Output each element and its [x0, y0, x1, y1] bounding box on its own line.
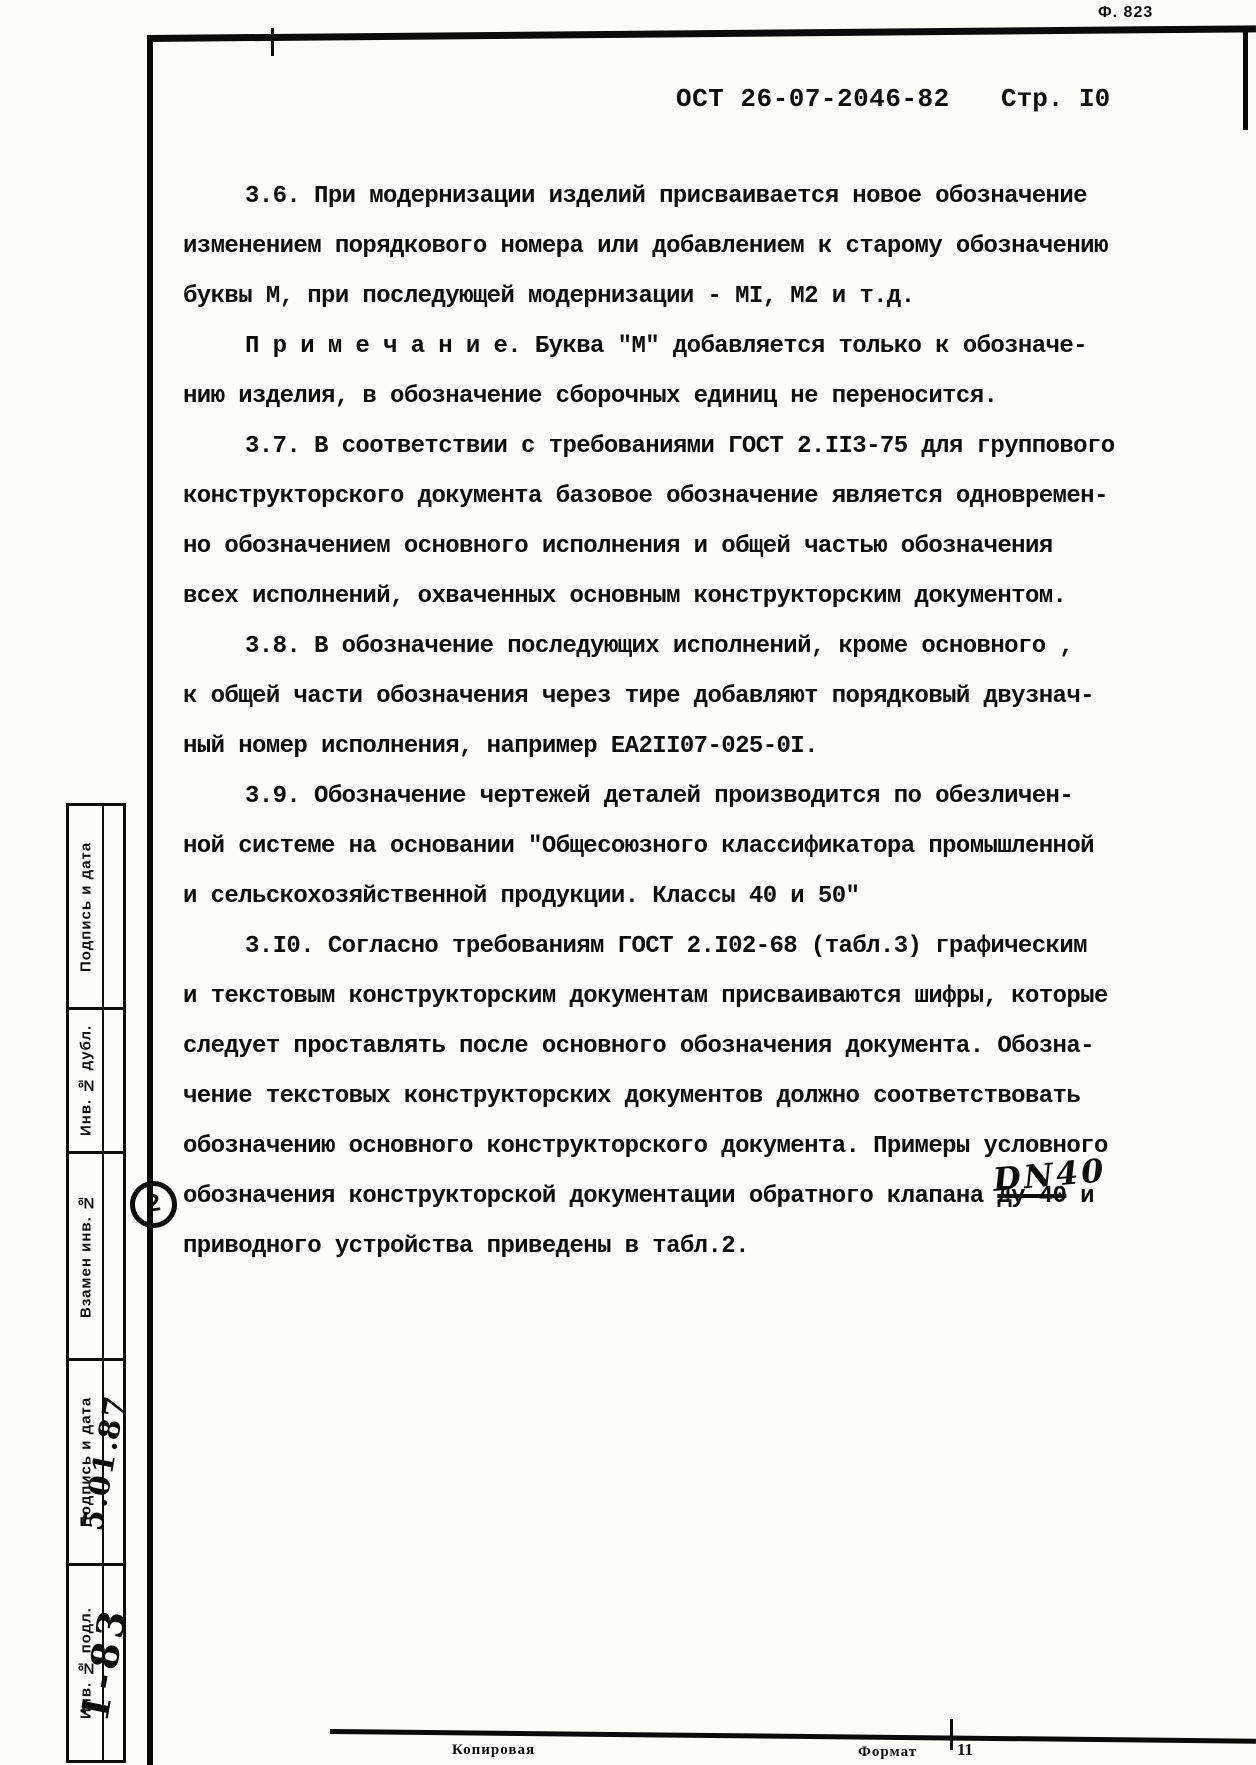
frame-left-border — [147, 36, 153, 1765]
footer-format-value: 11 — [957, 1740, 973, 1760]
text-line: обозначению основного конструкторского д… — [183, 1122, 1128, 1172]
frame-right-border — [1243, 28, 1248, 130]
margin-cell-signature-date-2: Подпись и дата 5.01.87 — [69, 1361, 123, 1566]
text-line: чение текстовых конструкторских документ… — [183, 1072, 1128, 1122]
text-line: 3.9. Обозначение чертежей деталей произв… — [183, 772, 1128, 822]
footer-format-label: Формат — [858, 1744, 917, 1761]
header-standard-number: ОСТ 26-07-2046-82 — [676, 84, 950, 114]
margin-cell-inv-orig: Инв. № подл. 1-83 — [69, 1566, 123, 1760]
text-line: ный номер исполнения, например ЕА2II07-0… — [183, 722, 1128, 772]
text-line-with-correction: обозначения конструкторской документации… — [183, 1172, 1128, 1222]
text-line: 3.8. В обозначение последующих исполнени… — [183, 622, 1128, 672]
text-line: конструкторского документа базовое обозн… — [183, 472, 1128, 522]
text-line: и текстовым конструкторским документам п… — [183, 972, 1128, 1022]
revision-mark-number: 2 — [144, 1189, 163, 1220]
scanned-document-page: Ф. 823 ОСТ 26-07-2046-82 Стр. I0 3.6. Пр… — [0, 0, 1256, 1765]
text-line: буквы М, при последующей модернизации - … — [183, 272, 1128, 322]
frame-top-border — [147, 25, 1256, 42]
revision-mark: 2 — [127, 1178, 180, 1231]
text-line: 3.6. При модернизации изделий присваивае… — [183, 172, 1128, 222]
text-line: ной системе на основании "Общесоюзного к… — [183, 822, 1128, 872]
margin-table: Подпись и дата Инв. № дубл. Взамен инв. … — [66, 803, 126, 1763]
text-line: приводного устройства приведены в табл.2… — [183, 1222, 1128, 1272]
text-line: 3.I0. Согласно требованиям ГОСТ 2.I02-68… — [183, 922, 1128, 972]
margin-cell-signature-date: Подпись и дата — [69, 806, 123, 1010]
margin-cell-label: Подпись и дата — [71, 806, 101, 1007]
text-line: следует проставлять после основного обоз… — [183, 1022, 1128, 1072]
text-line: и сельскохозяйственной продукции. Классы… — [183, 872, 1128, 922]
text-line: изменением порядкового номера или добавл… — [183, 222, 1128, 272]
tick-mark-top — [271, 28, 274, 56]
text-line: всех исполнений, охваченных основным кон… — [183, 572, 1128, 622]
footer-copy-label: Копировая — [452, 1742, 535, 1759]
text-segment: обозначения конструкторской документации… — [183, 1183, 997, 1210]
margin-cell-label: Взамен инв. № — [71, 1154, 101, 1358]
form-number-label: Ф. 823 — [1098, 4, 1153, 22]
note-line: нию изделия, в обозначение сборочных еди… — [183, 372, 1128, 422]
header-page-number: Стр. I0 — [1001, 84, 1110, 114]
body-text: 3.6. При модернизации изделий присваивае… — [183, 172, 1128, 1272]
margin-cell-replaced-inv: Взамен инв. № — [69, 1154, 123, 1361]
margin-cell-inv-dupl: Инв. № дубл. — [69, 1010, 123, 1154]
note-line: П р и м е ч а н и е. Буква "М" добавляет… — [183, 322, 1128, 372]
text-line: к общей части обозначения через тире доб… — [183, 672, 1128, 722]
text-line: 3.7. В соответствии с требованиями ГОСТ … — [183, 422, 1128, 472]
text-line: но обозначением основного исполнения и о… — [183, 522, 1128, 572]
margin-cell-label: Инв. № дубл. — [71, 1010, 101, 1151]
tick-mark-bottom — [950, 1719, 953, 1750]
